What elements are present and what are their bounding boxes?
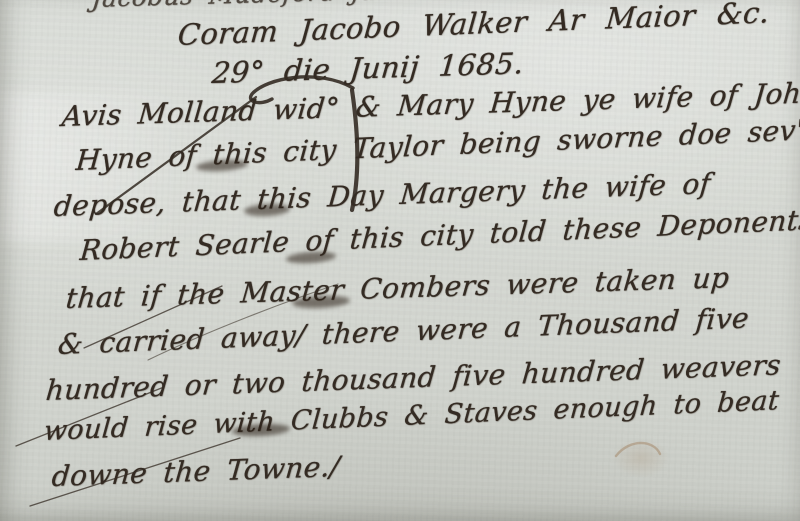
manuscript-photo: Jacobus Mudeford jun et ... Coram Jacobo… <box>0 0 800 521</box>
manuscript-line: downe the Towne./ <box>51 450 342 493</box>
manuscript-line-date: 29° die Junij 1685. <box>210 46 525 90</box>
foxing-stain <box>612 438 670 478</box>
